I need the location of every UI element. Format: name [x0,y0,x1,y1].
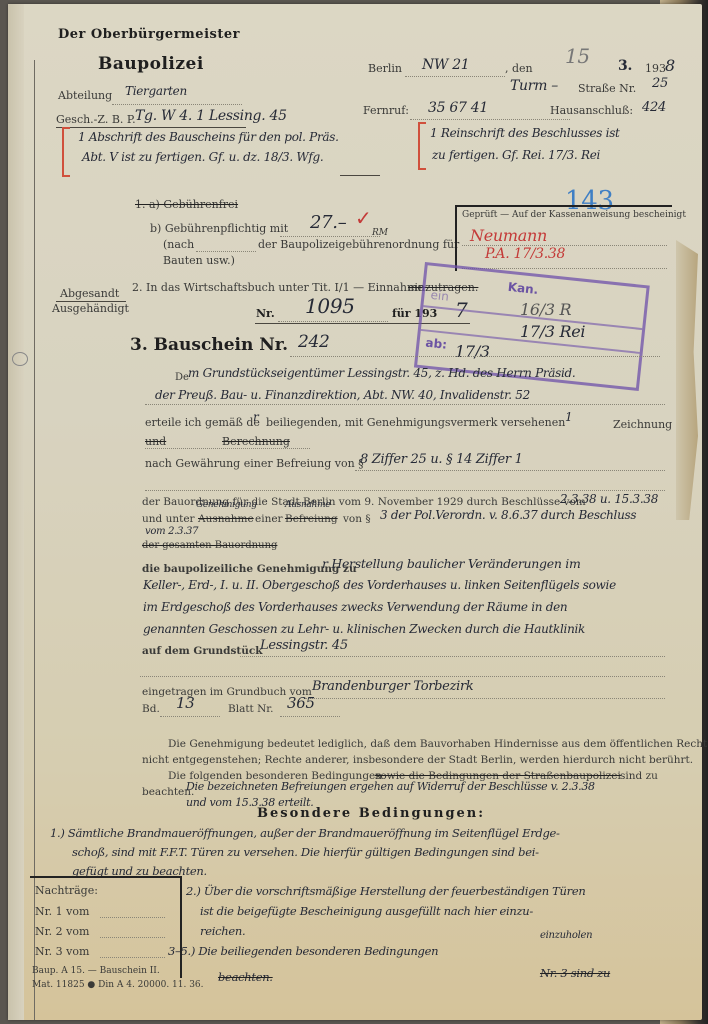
cond3-line1: 3–5.) Die beiliegenden besonderen Beding… [168,944,438,958]
bauordnung-dates: 2.3.38 u. 15.3.38 [560,492,658,506]
bfg-underline [340,175,380,176]
grundstueck-value: Lessingstr. 45 [260,638,348,653]
recipient-line1: m Grundstückseigentümer Lessingstr. 45, … [188,366,575,380]
bd-value: 13 [176,694,195,712]
fee-ordnung: der Baupolizeigebührenordnung für [258,238,459,251]
gesch-label: Gesch.-Z. B. P. [56,113,136,126]
bauschein-number-label: 3. Bauschein Nr. [130,335,288,355]
fee-value: 27.– [310,212,346,233]
wb-nr-label: Nr. [256,307,275,320]
befreiung-struck: Befreiung [285,513,338,525]
grundstueck-dotline [240,656,665,657]
fernruf-label: Fernruf: [363,104,409,117]
abteilung-dotline [112,104,242,105]
berlin-label: Berlin [368,62,402,75]
beachten-hw1: Die bezeichneten Befreiungen ergehen auf… [186,780,595,793]
date-year-prefix: 193 [645,62,666,75]
cond3-struck: Nr. 3 sind zu [540,966,610,980]
genehmigung-line1: r Herstellung baulicher Veränderungen im [322,556,581,571]
gesch-value: Tg. W 4. 1 Lessing. 45 [135,108,287,124]
grundbuch-dotline [305,698,665,699]
check-signature: Neumann [470,226,547,245]
fernruf-value: 35 67 41 [428,100,488,116]
department-title: Baupolizei [98,54,204,74]
left-note-line1: 1 Abschrift des Bauscheins für den pol. … [78,130,339,144]
und-unter: und unter [142,513,195,525]
wirtschaftsbuch-text: 2. In das Wirtschaftsbuch unter Tit. I/1… [132,281,424,294]
staple-hole [12,352,28,366]
stamp-entry-1: 16/3 R [520,300,571,319]
erteile-rest: beiliegenden, mit Genehmigungsvermerk ve… [266,416,565,429]
fee-bauten: Bauten usw.) [163,254,235,267]
blatt-value: 365 [287,694,315,712]
legal-para2-end: sind zu [620,770,658,782]
blatt-label: Blatt Nr. [228,703,274,715]
zeichnung-label: Zeichnung [613,418,672,431]
cond3-line2-struck: beachten. [218,970,273,984]
cond3-above: einzuholen [540,930,592,941]
fee-dotline [280,236,380,237]
date-year-suffix: 8 [665,56,675,75]
cond2-line3: reichen. [200,924,245,938]
form-footer-line2: Mat. 11825 ● Din A 4. 20000. 11. 36. [32,980,204,990]
abteilung-value: Tiergarten [125,84,187,98]
cond1-line1: 1.) Sämtliche Brandmaueröffnungen, außer… [50,826,560,840]
hausanschluss-value: 424 [642,100,666,115]
abteilung-label: Abteilung [58,89,112,102]
street-value: Turm – [510,78,558,94]
date-month: 3. [618,58,632,74]
fee-payable-label: b) Gebührenpflichtig mit [150,222,288,235]
blank-dotline [145,490,665,491]
check-box-label: Geprüft — Auf der Kassenanweisung besche… [462,210,686,220]
berlin-value: NW 21 [422,57,469,73]
supplement-1-label: Nr. 1 vom [35,905,89,918]
stamp-title: Kan. [507,280,539,297]
bauschein-dotline [290,356,660,357]
supplement-2-label: Nr. 2 vom [35,925,89,938]
right-note-line2: zu fertigen. Gf. Rei. 17/3. Rei [432,148,600,162]
ausgehaendigt-label: Ausgehändigt [52,302,129,315]
street-label: Straße Nr. [578,82,636,95]
red-bracket-left [62,127,70,177]
blatt-dotline [280,716,340,717]
red-bracket-right [418,122,426,170]
grundbuch-value: Brandenburger Torbezirk [312,679,473,694]
gesch-underline [56,127,246,128]
wb-nr-dotline [278,321,388,322]
befreiung-above: Ausnahme [285,500,330,510]
fee-free-struck: 1. a) Gebührenfrei [135,198,238,211]
street-no: 25 [652,76,668,91]
ausnahme-struck: Ausnahme [198,513,254,525]
ausnahme-above: Genehmigung [196,500,257,510]
stamp-ab-label: ab: [425,336,448,352]
right-note-line1: 1 Reinschrift des Beschlusses ist [430,126,620,140]
stamp-entry-3: 17/3 [455,342,490,361]
form-footer-line1: Baup. A 15. — Bauschein II. [32,966,160,976]
supplement-2-dotline [100,937,165,938]
einer-label: einer [255,513,283,525]
bd-label: Bd. [142,703,160,715]
bauschein-number-value: 242 [298,332,330,352]
check-date: P.A. 17/3.38 [485,246,565,262]
von-label: von § [343,513,371,525]
supplement-3-label: Nr. 3 vom [35,945,89,958]
hausanschluss-label: Hausanschluß: [550,104,633,117]
befreiung-dotline [355,470,665,471]
nach-dotline [196,251,256,252]
genehmigung-line2: Keller-, Erd-, I. u. II. Obergeschoß des… [143,578,616,592]
genehmigung-line3: im Erdgeschoß des Vorderhauses zwecks Ve… [143,600,567,614]
supplements-title: Nachträge: [35,884,98,897]
erteile-hw: r [253,410,258,424]
recipient-dotline [145,404,665,405]
befreiung-label: nach Gewährung einer Befreiung von § [145,457,364,470]
conditions-title: Besondere Bedingungen: [257,806,485,821]
zeichnung-count: 1 [565,410,572,424]
grundstueck-dotline-2 [140,676,665,677]
wb-nr-value: 1095 [305,294,355,318]
recipient-line2: der Preuß. Bau- u. Finanzdirektion, Abt.… [155,388,530,402]
den-label: , den [505,62,533,75]
vom-date: vom 2.3.37 [145,526,198,537]
red-checkmark-icon: ✓ [355,206,371,230]
erteile-text: erteile ich gemäß de [145,416,260,429]
cond2-line2: ist die beigefügte Bescheinigung ausgefü… [200,904,533,918]
cond1-line2: schoß, sind mit F.F.T. Türen zu versehen… [72,845,539,859]
recipient-prefix: De [175,372,189,383]
cond2-line1: 2.) Über die vorschriftsmäßige Herstellu… [186,884,585,898]
authority-title: Der Oberbürgermeister [58,27,240,42]
befreiung-value: 8 Ziffer 25 u. § 14 Ziffer 1 [360,452,523,467]
berechnung-struck: Berechnung [222,435,290,448]
supplement-1-dotline [100,917,165,918]
genehmigung-line4: genannten Geschossen zu Lehr- u. klinisc… [143,622,585,636]
supplement-3-dotline [100,957,165,958]
stamp-entry-2: 17/3 Rei [520,322,585,341]
legal-para1b: nicht entgegenstehen; Rechte anderer, in… [142,754,693,766]
von-value: 3 der Pol.Verordn. v. 8.6.37 durch Besch… [380,508,636,522]
gesamten-struck: der gesamten Bauordnung [142,540,277,551]
abgesandt-label: Abgesandt [60,287,119,300]
stamp-ein-label: ein [430,288,450,304]
berechnung-dotline [145,448,310,449]
date-day: 15 [565,44,590,68]
und-struck: und [145,435,166,448]
fernruf-dotline [410,119,570,120]
fee-nach: (nach [163,238,194,251]
berlin-dotline [405,76,505,77]
left-note-line2: Abt. V ist zu fertigen. Gf. u. dz. 18/3.… [82,150,323,164]
bd-dotline [160,716,220,717]
fee-unit: RM [372,228,388,238]
legal-para1: Die Genehmigung bedeutet lediglich, daß … [168,738,707,750]
